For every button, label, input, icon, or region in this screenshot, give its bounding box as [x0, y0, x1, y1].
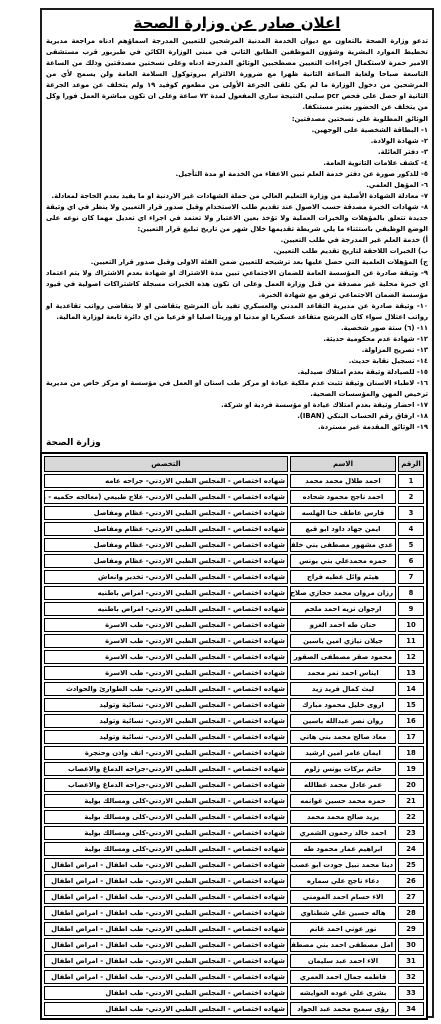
requirement-item: ١٤- تسجيل نقابة حديث.	[46, 356, 428, 367]
required-documents-heading: الوثائق المطلوبة على نسختين مصدقتين:	[46, 114, 428, 125]
cell-name: بشرى علي عوده العوايشه	[290, 986, 396, 1000]
cell-name: الاء حسام احمد المومني	[290, 890, 396, 904]
cell-number: 15	[398, 698, 424, 712]
cell-specialty: شهاده اختصاص - المجلس الطبي الاردني-جراح…	[44, 778, 288, 792]
cell-specialty: شهاده اختصاص - المجلس الطبي الاردني- طب …	[44, 906, 288, 920]
table-row: 2احمد ناجح محمود شحادهشهاده اختصاص - الم…	[44, 490, 424, 504]
cell-name: حنان طه احمد الغزو	[290, 618, 396, 632]
ministry-signature: وزارة الصحة	[46, 438, 426, 448]
requirement-item: ٥- للذكور صورة عن دفتر خدمة العلم تبين ا…	[46, 169, 428, 180]
requirement-item: ١- البطاقة الشخصية على الوجهين.	[46, 125, 428, 136]
cell-name: نور عوني احمد غانم	[290, 922, 396, 936]
cell-name: ايناس احمد نمر محمد	[290, 666, 396, 680]
cell-name: ارجوان نزيه احمد ملحم	[290, 602, 396, 616]
cell-specialty: شهاده اختصاص - المجلس الطبي الاردني- طب …	[44, 618, 288, 632]
table-row: 28هاله حسين علي شطناويشهاده اختصاص - الم…	[44, 906, 424, 920]
table-row: 1احمد طلال محمد محمدشهاده اختصاص - المجل…	[44, 474, 424, 488]
requirement-item: ١٦- لاطباء الاسنان وثيقة تثبت عدم ملكية …	[46, 378, 428, 400]
cell-specialty: شهاده اختصاص - المجلس الطبي الاردني- طب …	[44, 890, 288, 904]
cell-number: 8	[398, 586, 424, 600]
cell-specialty: شهاده اختصاص - المجلس الطبي الاردني- عظا…	[44, 554, 288, 568]
cell-specialty: شهاده اختصاص - المجلس الطبي الاردني- طب …	[44, 650, 288, 664]
table-row: 21حمزه محمد حسين غوانمهشهاده اختصاص - ال…	[44, 794, 424, 808]
cell-specialty: شهاده اختصاص - المجلس الطبي الاردني-كلى …	[44, 826, 288, 840]
cell-specialty: شهاده اختصاص - المجلس الطبي الاردني- نسا…	[44, 698, 288, 712]
cell-specialty: شهاده اختصاص - المجلس الطبي الاردني- طب …	[44, 1002, 288, 1016]
cell-number: 2	[398, 490, 424, 504]
cell-specialty: شهاده اختصاص - المجلس الطبي الاردني-كلى …	[44, 842, 288, 856]
requirement-item: ج) المؤهلات العلمية التي حصل عليها بعد ت…	[46, 257, 428, 268]
cell-name: اروى خليل محمود مبارك	[290, 698, 396, 712]
cell-specialty: شهاده اختصاص - المجلس الطبي الاردني- علا…	[44, 490, 288, 504]
requirement-item: ٨- شهادات الخبرة مصدقة حسب الاصول عند تق…	[46, 202, 428, 235]
cell-name: حمزه محمدعلي بني يونس	[290, 554, 396, 568]
cell-name: محمود صقر مصطفى الصقور	[290, 650, 396, 664]
requirement-item: ٢- شهادة الولادة.	[46, 136, 428, 147]
cell-specialty: شهاده اختصاص - المجلس الطبي الاردني- عظا…	[44, 538, 288, 552]
cell-number: 25	[398, 858, 424, 872]
cell-name: عدي مشهور مصطفى بني خلف	[290, 538, 396, 552]
cell-specialty: شهاده اختصاص - المجلس الطبي الاردني- طب …	[44, 954, 288, 968]
cell-specialty: شهاده اختصاص - المجلس الطبي الاردني- طب …	[44, 938, 288, 952]
cell-name: احمد خالد رحمون الشمري	[290, 826, 396, 840]
cell-name: احمد ناجح محمود شحاده	[290, 490, 396, 504]
cell-number: 5	[398, 538, 424, 552]
cell-number: 32	[398, 970, 424, 984]
cell-name: ليث كمال فريد زيد	[290, 682, 396, 696]
header-name: الاسم	[290, 456, 396, 472]
requirement-item: ١٨- ارفاق رقم الحساب البنكي (IBAN).	[46, 411, 428, 422]
cell-name: ايمن جهاد داود ابو قبع	[290, 522, 396, 536]
table-row: 33بشرى علي عوده العوايشهشهاده اختصاص - ا…	[44, 986, 424, 1000]
table-row: 17معاذ صالح محمد بني هانيشهاده اختصاص - …	[44, 730, 424, 744]
cell-specialty: شهاده اختصاص - المجلس الطبي الاردني- نسا…	[44, 730, 288, 744]
table-row: 7هيثم وائل عطيه فراجشهاده اختصاص - المجل…	[44, 570, 424, 584]
table-row: 6حمزه محمدعلي بني يونسشهاده اختصاص - الم…	[44, 554, 424, 568]
cell-number: 18	[398, 746, 424, 760]
cell-number: 26	[398, 874, 424, 888]
table-row: 34رؤى سميح محمد عبد الجوادشهاده اختصاص -…	[44, 1002, 424, 1016]
cell-name: يزيد صالح محمد محمد	[290, 810, 396, 824]
cell-number: 10	[398, 618, 424, 632]
cell-name: رزان مروان محمد حجازي صلاح	[290, 586, 396, 600]
cell-number: 31	[398, 954, 424, 968]
cell-specialty: شهاده اختصاص - المجلس الطبي الاردني- طب …	[44, 922, 288, 936]
cell-number: 24	[398, 842, 424, 856]
requirement-item: ١٩- الوثائق المقدمة غير مستردة.	[46, 422, 428, 433]
table-row: 12محمود صقر مصطفى الصقورشهاده اختصاص - ا…	[44, 650, 424, 664]
cell-specialty: شهاده اختصاص - المجلس الطبي الاردني- امر…	[44, 602, 288, 616]
table-row: 29نور عوني احمد غانمشهاده اختصاص - المجل…	[44, 922, 424, 936]
cell-number: 29	[398, 922, 424, 936]
cell-name: هيثم وائل عطيه فراج	[290, 570, 396, 584]
cell-name: احمد طلال محمد محمد	[290, 474, 396, 488]
requirement-item: ٣- دفتر العائلة.	[46, 147, 428, 158]
cell-number: 9	[398, 602, 424, 616]
cell-specialty: شهاده اختصاص - المجلس الطبي الاردني- جرا…	[44, 474, 288, 488]
table-row: 10حنان طه احمد الغزوشهاده اختصاص - المجل…	[44, 618, 424, 632]
cell-name: حمزه محمد حسين غوانمه	[290, 794, 396, 808]
table-row: 31الاء احمد عبد سليمانشهاده اختصاص - الم…	[44, 954, 424, 968]
cell-number: 19	[398, 762, 424, 776]
cell-specialty: شهاده اختصاص - المجلس الطبي الاردني- طب …	[44, 666, 288, 680]
candidates-table: الرقم الاسم التخصص 1احمد طلال محمد محمدش…	[40, 452, 428, 1020]
cell-number: 13	[398, 666, 424, 680]
cell-name: رؤى سميح محمد عبد الجواد	[290, 1002, 396, 1016]
cell-number: 17	[398, 730, 424, 744]
cell-number: 11	[398, 634, 424, 648]
table-row: 22يزيد صالح محمد محمدشهاده اختصاص - المج…	[44, 810, 424, 824]
cell-number: 34	[398, 1002, 424, 1016]
table-row: 30امل مصطفى احمد بني مصطفىشهاده اختصاص -…	[44, 938, 424, 952]
requirement-item: ٤- كشف علامات الثانوية العامة.	[46, 158, 428, 169]
table-row: 15اروى خليل محمود مباركشهاده اختصاص - ال…	[44, 698, 424, 712]
table-header-row: الرقم الاسم التخصص	[44, 456, 424, 472]
cell-number: 3	[398, 506, 424, 520]
header-number: الرقم	[398, 456, 424, 472]
table-row: 24ابراهيم عمار محمود طهشهاده اختصاص - ال…	[44, 842, 424, 856]
table-row: 14ليث كمال فريد زيدشهاده اختصاص - المجلس…	[44, 682, 424, 696]
intro-paragraph: تدعو وزارة الصحة بالتعاون مع ديوان الخدم…	[46, 36, 428, 113]
cell-name: هاله حسين علي شطناوي	[290, 906, 396, 920]
cell-specialty: شهاده اختصاص - المجلس الطبي الاردني-كلى …	[44, 794, 288, 808]
cell-name: جيلان نيازي امين ياسين	[290, 634, 396, 648]
cell-specialty: شهاده اختصاص - المجلس الطبي الاردني- طب …	[44, 874, 288, 888]
cell-number: 28	[398, 906, 424, 920]
cell-specialty: شهاده اختصاص - المجلس الطبي الاردني- طب …	[44, 858, 288, 872]
requirement-item: ١٢- شهادة عدم محكومية حديثة.	[46, 334, 428, 345]
cell-specialty: شهاده اختصاص - المجلس الطبي الاردني- طب …	[44, 986, 288, 1000]
cell-number: 6	[398, 554, 424, 568]
requirement-item: ٩- وثيقة صادرة عن المؤسسة العامة للضمان …	[46, 268, 428, 301]
table-row: 11جيلان نيازي امين ياسينشهاده اختصاص - ا…	[44, 634, 424, 648]
cell-specialty: شهاده اختصاص - المجلس الطبي الاردني-جراح…	[44, 762, 288, 776]
cell-name: معاذ صالح محمد بني هاني	[290, 730, 396, 744]
cell-number: 30	[398, 938, 424, 952]
cell-number: 21	[398, 794, 424, 808]
table-row: 27الاء حسام احمد المومنيشهاده اختصاص - ا…	[44, 890, 424, 904]
announcement-sheet: اعلان صادر عن وزارة الصحة تدعو وزارة الص…	[40, 8, 434, 1018]
cell-number: 4	[398, 522, 424, 536]
cell-number: 7	[398, 570, 424, 584]
table-row: 32فاطمه جمال احمد العمريشهاده اختصاص - ا…	[44, 970, 424, 984]
cell-name: امل مصطفى احمد بني مصطفى	[290, 938, 396, 952]
cell-number: 16	[398, 714, 424, 728]
cell-name: فاطمه جمال احمد العمري	[290, 970, 396, 984]
cell-name: روان نصر عبدالله ياسين	[290, 714, 396, 728]
cell-specialty: شهاده اختصاص - المجلس الطبي الاردني- طب …	[44, 634, 288, 648]
requirement-item: ١١- (٦) ستة صور شخصية.	[46, 323, 428, 334]
cell-specialty: شهاده اختصاص - المجلس الطبي الاردني-كلى …	[44, 810, 288, 824]
requirement-item: ١٥- للصيادلة وثيقة بعدم امتلاك صيدلية.	[46, 367, 428, 378]
table-row: 16روان نصر عبدالله ياسينشهاده اختصاص - ا…	[44, 714, 424, 728]
cell-name: دعاء ناجح علي سماره	[290, 874, 396, 888]
cell-specialty: شهاده اختصاص - المجلس الطبي الاردني- تخد…	[44, 570, 288, 584]
table-row: 20عمر عادل محمد عطاللهشهاده اختصاص - الم…	[44, 778, 424, 792]
cell-name: دينا محمد نبيل جودت ابو عصب	[290, 858, 396, 872]
requirement-item: ٦- المؤهل العلمي.	[46, 180, 428, 191]
table-row: 23احمد خالد رحمون الشمريشهاده اختصاص - ا…	[44, 826, 424, 840]
cell-number: 33	[398, 986, 424, 1000]
cell-specialty: شهاده اختصاص - المجلس الطبي الاردني- نسا…	[44, 714, 288, 728]
cell-specialty: شهاده اختصاص - المجلس الطبي الاردني- طب …	[44, 970, 288, 984]
table-row: 4ايمن جهاد داود ابو قبعشهاده اختصاص - ال…	[44, 522, 424, 536]
cell-specialty: شهاده اختصاص - المجلس الطبي الاردني- عظا…	[44, 506, 288, 520]
cell-specialty: شهاده اختصاص - المجلس الطبي الاردني- امر…	[44, 586, 288, 600]
document-title: اعلان صادر عن وزارة الصحة	[46, 13, 428, 33]
table-row: 18ايمان عامر امين ارشيدشهاده اختصاص - ال…	[44, 746, 424, 760]
requirements-list: ١- البطاقة الشخصية على الوجهين.٢- شهادة …	[46, 125, 428, 433]
requirement-item: ١٣- تصريح المزاولة.	[46, 345, 428, 356]
table-row: 25دينا محمد نبيل جودت ابو عصبشهاده اختصا…	[44, 858, 424, 872]
table-row: 26دعاء ناجح علي سمارهشهاده اختصاص - المج…	[44, 874, 424, 888]
requirement-item: ١٧- احضار وثيقة بعدم امتلاك عيادة او مؤس…	[46, 400, 428, 411]
roster-table-body: 1احمد طلال محمد محمدشهاده اختصاص - المجل…	[44, 474, 424, 1016]
table-row: 9ارجوان نزيه احمد ملحمشهاده اختصاص - الم…	[44, 602, 424, 616]
table-row: 5عدي مشهور مصطفى بني خلفشهاده اختصاص - ا…	[44, 538, 424, 552]
cell-name: ابراهيم عمار محمود طه	[290, 842, 396, 856]
cell-number: 27	[398, 890, 424, 904]
table-row: 8رزان مروان محمد حجازي صلاحشهاده اختصاص …	[44, 586, 424, 600]
cell-number: 14	[398, 682, 424, 696]
cell-specialty: شهاده اختصاص - المجلس الطبي الاردني- طب …	[44, 682, 288, 696]
table-row: 3فارس عاطف حنا الهلسهشهاده اختصاص - المج…	[44, 506, 424, 520]
cell-name: عمر عادل محمد عطالله	[290, 778, 396, 792]
requirement-item: ب) الخبرات اللاحقة لتاريخ تقديم طلب التع…	[46, 246, 428, 257]
table-row: 13ايناس احمد نمر محمدشهاده اختصاص - المج…	[44, 666, 424, 680]
cell-specialty: شهاده اختصاص - المجلس الطبي الاردني- عظا…	[44, 522, 288, 536]
cell-number: 20	[398, 778, 424, 792]
cell-number: 23	[398, 826, 424, 840]
cell-name: حاتم بركات يونس زلوم	[290, 762, 396, 776]
cell-number: 1	[398, 474, 424, 488]
cell-number: 12	[398, 650, 424, 664]
requirement-item: ١٠- وثيقة صادرة عن مديرية التقاعد المدني…	[46, 301, 428, 323]
cell-name: ايمان عامر امين ارشيد	[290, 746, 396, 760]
table-row: 19حاتم بركات يونس زلومشهاده اختصاص - الم…	[44, 762, 424, 776]
cell-name: الاء احمد عبد سليمان	[290, 954, 396, 968]
cell-specialty: شهاده اختصاص - المجلس الطبي الاردني- انف…	[44, 746, 288, 760]
header-specialty: التخصص	[44, 456, 288, 472]
cell-name: فارس عاطف حنا الهلسه	[290, 506, 396, 520]
requirement-item: أ) خدمة العلم غير المدرجة في طلب التعيين…	[46, 235, 428, 246]
cell-number: 22	[398, 810, 424, 824]
requirement-item: ٧- معادلة الشهادة الأصلية من وزارة التعل…	[46, 191, 428, 202]
